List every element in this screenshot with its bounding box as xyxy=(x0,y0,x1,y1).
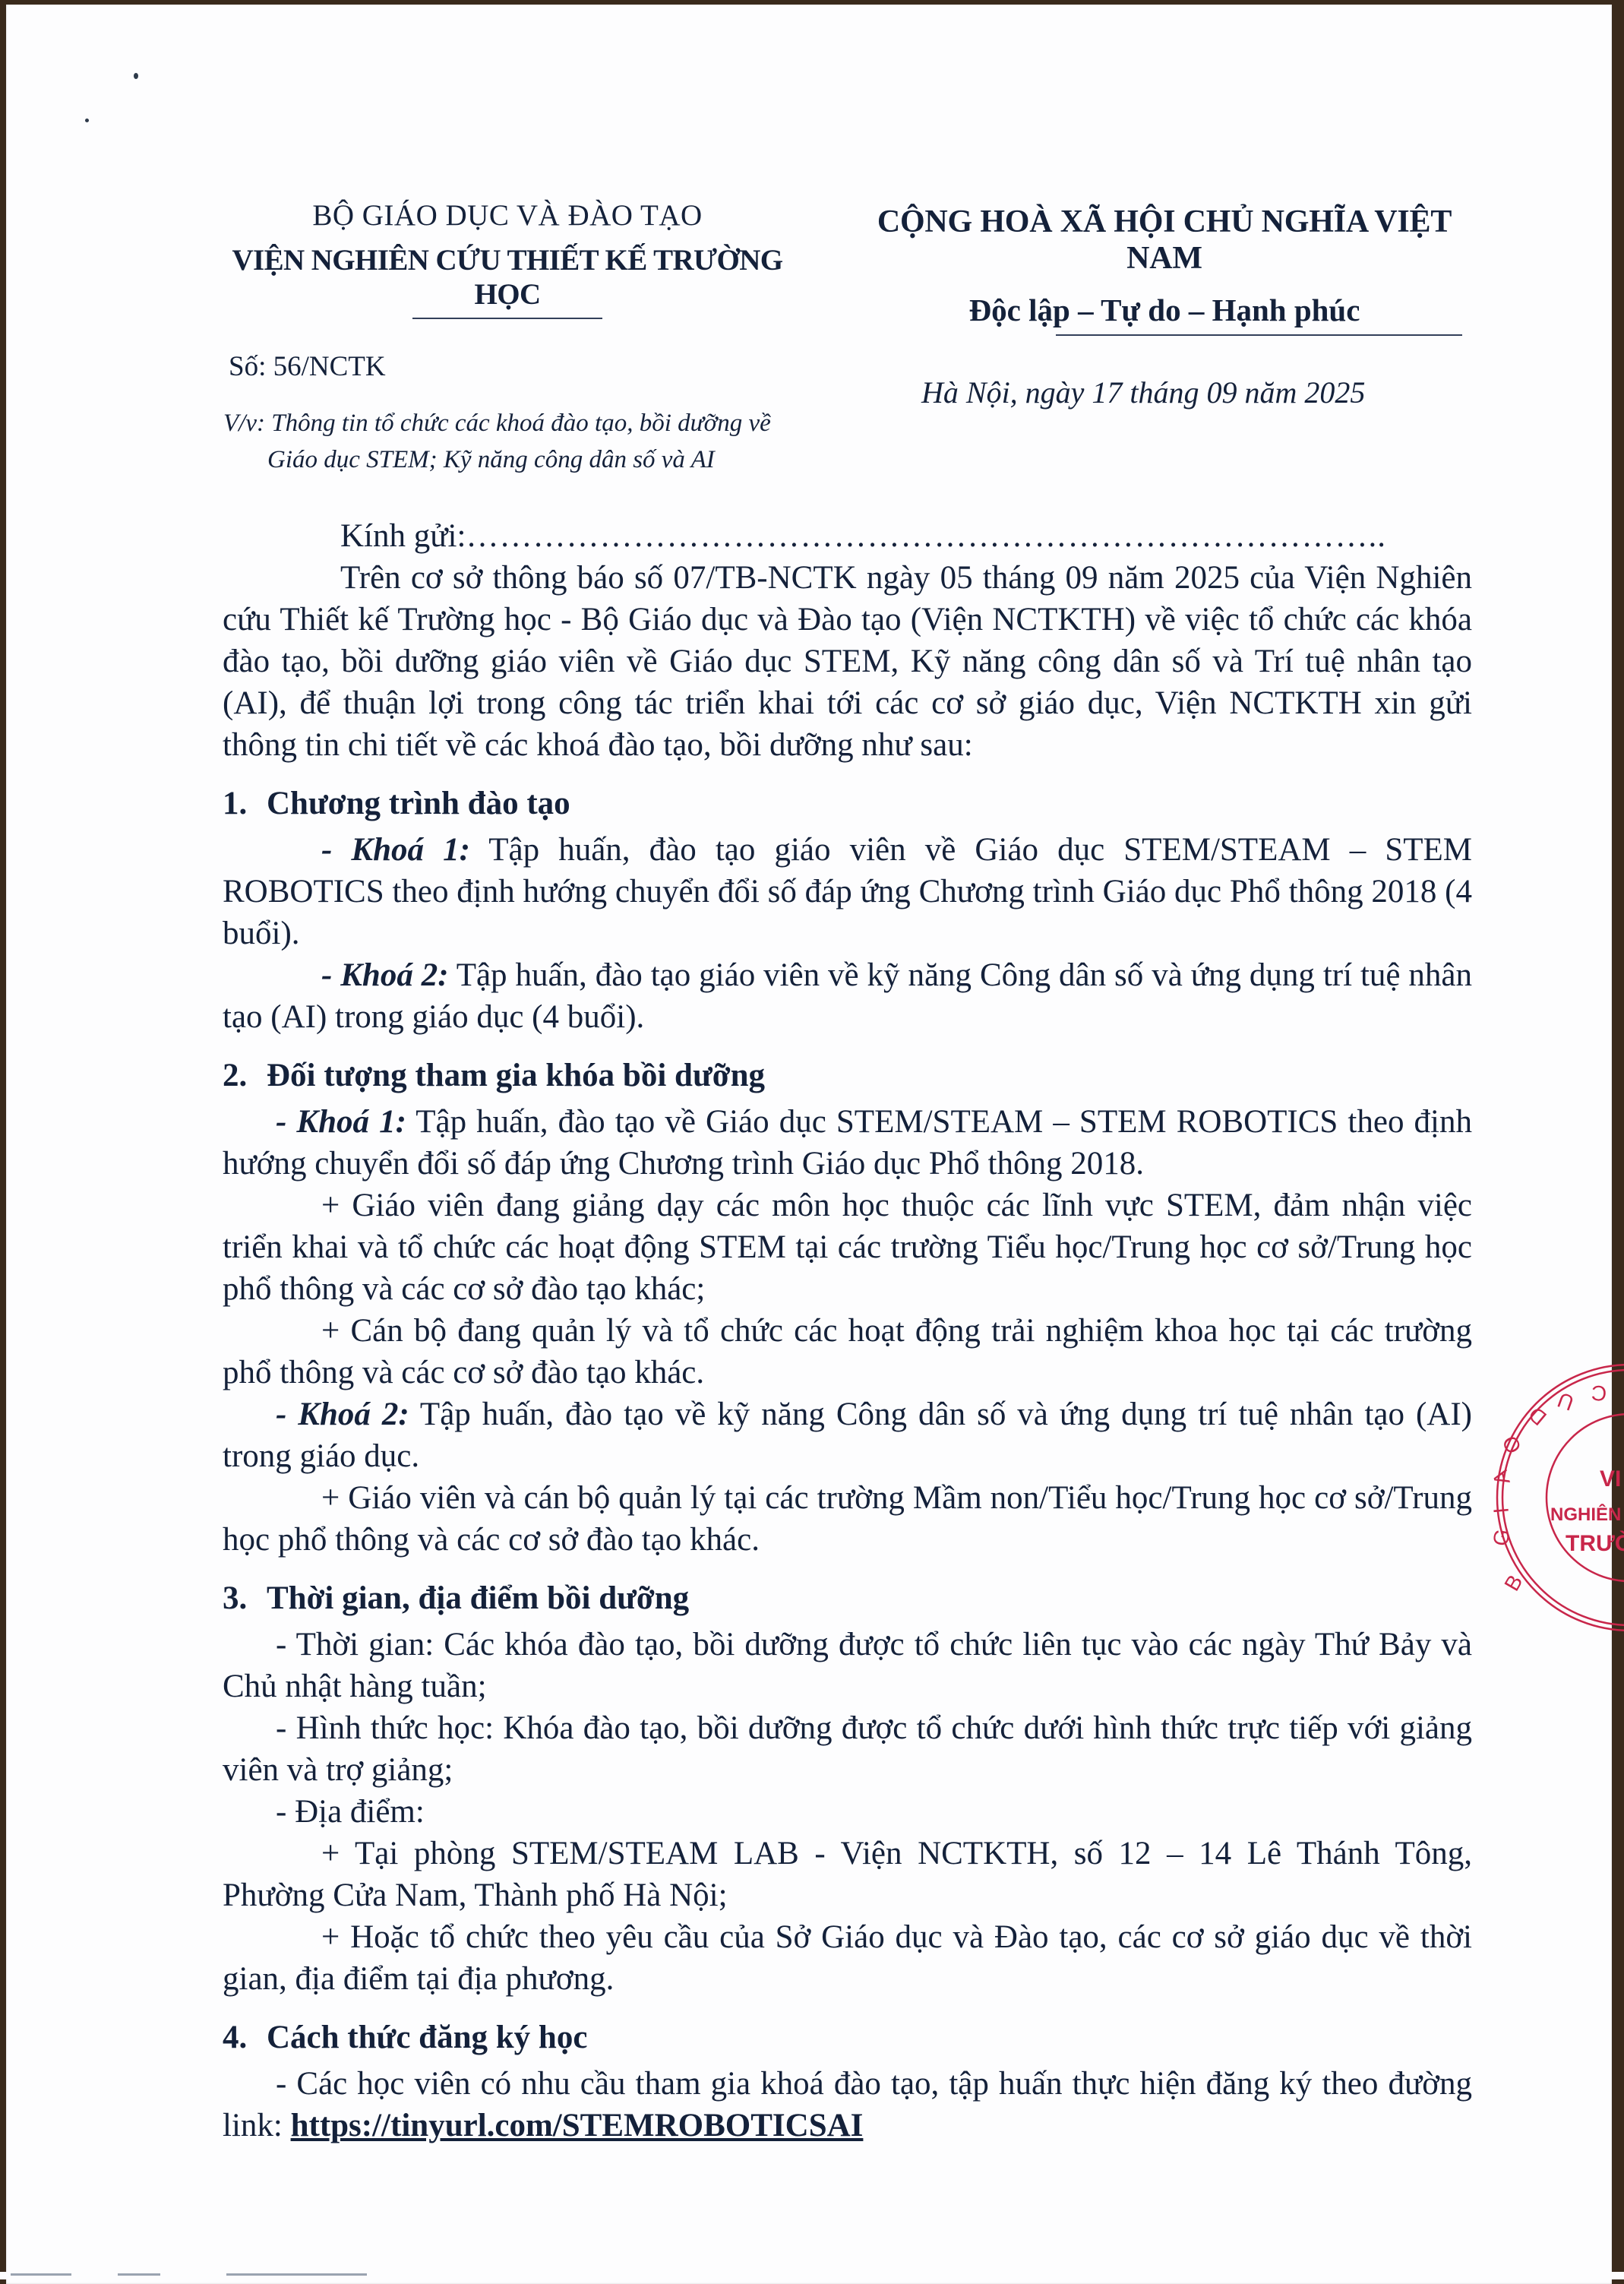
ministry-name: BỘ GIÁO DỤC VÀ ĐÀO TẠO xyxy=(196,198,819,233)
next-page-edge xyxy=(0,2272,1624,2279)
svg-text:C: C xyxy=(1591,1381,1608,1406)
participant-bullet: + Giáo viên và cán bộ quản lý tại các tr… xyxy=(223,1477,1472,1561)
document-page: BỘ GIÁO DỤC VÀ ĐÀO TẠO VIỆN NGHIÊN CỨU T… xyxy=(6,5,1612,2279)
course-item: - Khoá 2: Tập huấn, đào tạo về kỹ năng C… xyxy=(223,1393,1472,1477)
national-motto: Độc lập – Tự do – Hạnh phúc xyxy=(842,292,1487,328)
registration-paragraph: - Các học viên có nhu cầu tham gia khoá … xyxy=(223,2063,1472,2146)
participant-bullet: + Giáo viên đang giảng dạy các môn học t… xyxy=(223,1185,1472,1310)
document-body: Kính gửi:……………………………………………………………………….. T… xyxy=(223,515,1472,2146)
institute-name: VIỆN NGHIÊN CỨU THIẾT KẾ TRƯỜNG HỌC xyxy=(196,243,819,312)
document-subject: V/v: Thông tin tổ chức các khoá đào tạo,… xyxy=(223,405,771,478)
svg-text:NGHIÊN C: NGHIÊN C xyxy=(1550,1504,1624,1525)
svg-text:VI: VI xyxy=(1600,1466,1621,1492)
scan-speck xyxy=(134,73,138,79)
greeting-label: Kính gửi: xyxy=(340,518,466,554)
location-bullet: + Tại phòng STEM/STEAM LAB - Viện NCTKTH… xyxy=(223,1833,1472,1916)
section-heading-3: 3.Thời gian, địa điểm bồi dưỡng xyxy=(223,1577,1472,1619)
place-and-date: Hà Nội, ngày 17 tháng 09 năm 2025 xyxy=(921,375,1365,410)
motto-underline xyxy=(1056,334,1462,336)
svg-text:O: O xyxy=(1497,1431,1526,1457)
svg-text:G: G xyxy=(1493,1527,1515,1548)
svg-text:D: D xyxy=(1524,1402,1550,1430)
section-heading-1: 1.Chương trình đào tạo xyxy=(223,783,1472,824)
format-item: - Hình thức học: Khóa đào tạo, bồi dưỡng… xyxy=(223,1707,1472,1791)
official-seal-icon: B G I Á O D U C VI NGHIÊN C TRƯỜ xyxy=(1493,1361,1624,1634)
scan-speck xyxy=(85,119,89,122)
registration-link[interactable]: https://tinyurl.com/STEMROBOTICSAI xyxy=(291,2108,864,2143)
participant-bullet: + Cán bộ đang quản lý và tổ chức các hoạ… xyxy=(223,1310,1472,1393)
course-item: - Khoá 1: Tập huấn, đào tạo giáo viên về… xyxy=(223,829,1472,954)
subject-line-1: V/v: Thông tin tổ chức các khoá đào tạo,… xyxy=(223,405,771,441)
document-number: Số: 56/NCTK xyxy=(229,350,386,383)
section-heading-2: 2.Đối tượng tham gia khóa bồi dưỡng xyxy=(223,1055,1472,1096)
greeting: Kính gửi:……………………………………………………………………….. xyxy=(223,515,1472,557)
section-heading-4: 4.Cách thức đăng ký học xyxy=(223,2017,1472,2058)
national-header: CỘNG HOÀ XÃ HỘI CHỦ NGHĨA VIỆT NAM Độc l… xyxy=(842,204,1487,336)
location-label: - Địa điểm: xyxy=(223,1791,1472,1833)
subject-line-2: Giáo dục STEM; Kỹ năng công dân số và AI xyxy=(223,441,771,478)
recipient-blank: ……………………………………………………………………….. xyxy=(466,518,1386,554)
issuing-authority-header: BỘ GIÁO DỤC VÀ ĐÀO TẠO VIỆN NGHIÊN CỨU T… xyxy=(196,198,819,319)
nation-name: CỘNG HOÀ XÃ HỘI CHỦ NGHĨA VIỆT NAM xyxy=(842,204,1487,277)
svg-text:Á: Á xyxy=(1493,1467,1515,1487)
location-bullet: + Hoặc tổ chức theo yêu cầu của Sở Giáo … xyxy=(223,1916,1472,2000)
svg-text:B: B xyxy=(1499,1571,1527,1595)
svg-text:TRƯỜ: TRƯỜ xyxy=(1566,1530,1624,1556)
course-item: - Khoá 2: Tập huấn, đào tạo giáo viên về… xyxy=(223,954,1472,1038)
course-item: - Khoá 1: Tập huấn, đào tạo về Giáo dục … xyxy=(223,1101,1472,1185)
intro-paragraph: Trên cơ sở thông báo số 07/TB-NCTK ngày … xyxy=(223,557,1472,766)
schedule-item: - Thời gian: Các khóa đào tạo, bồi dưỡng… xyxy=(223,1624,1472,1707)
svg-text:I: I xyxy=(1493,1507,1513,1514)
header-underline xyxy=(412,318,602,319)
